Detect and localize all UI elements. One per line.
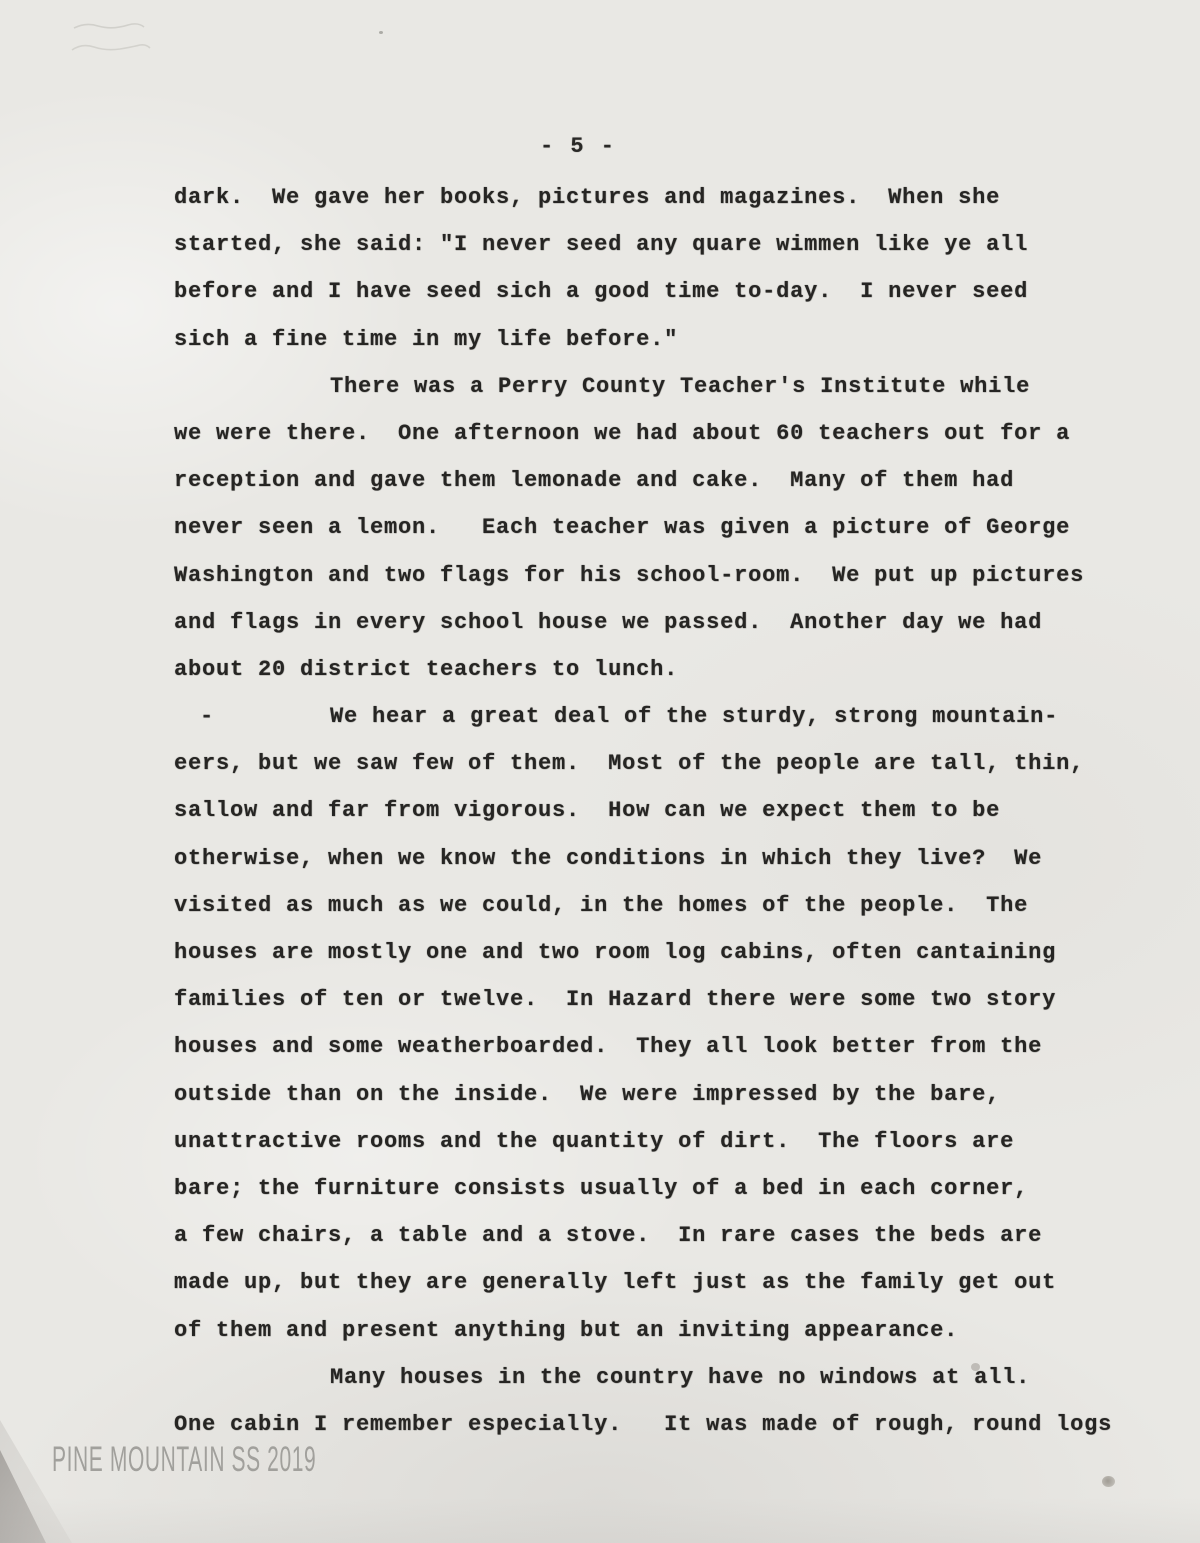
text-line: houses are mostly one and two room log c…: [174, 929, 1114, 976]
text-line: of them and present anything but an invi…: [174, 1307, 1114, 1354]
text-line: houses and some weatherboarded. They all…: [174, 1023, 1114, 1070]
typewritten-text-layer: - 5 - - dark. We gave her books, picture…: [0, 0, 1200, 1543]
text-line: visited as much as we could, in the home…: [174, 882, 1114, 929]
text-line: unattractive rooms and the quantity of d…: [174, 1118, 1114, 1165]
text-line: There was a Perry County Teacher's Insti…: [174, 363, 1114, 410]
text-line: before and I have seed sich a good time …: [174, 268, 1114, 315]
scanned-document-page: - 5 - - dark. We gave her books, picture…: [0, 0, 1200, 1543]
page-number: - 5 -: [540, 134, 616, 159]
watermark: PINE MOUNTAIN SS 2019: [52, 1440, 316, 1480]
text-line: sich a fine time in my life before.": [174, 316, 1114, 363]
paper-speck: [971, 1363, 980, 1371]
text-line: otherwise, when we know the conditions i…: [174, 835, 1114, 882]
text-line: and flags in every school house we passe…: [174, 599, 1114, 646]
text-line: about 20 district teachers to lunch.: [174, 646, 1114, 693]
text-line: sallow and far from vigorous. How can we…: [174, 787, 1114, 834]
text-line: we were there. One afternoon we had abou…: [174, 410, 1114, 457]
text-line: started, she said: "I never seed any qua…: [174, 221, 1114, 268]
text-line: Many houses in the country have no windo…: [174, 1354, 1114, 1401]
ink-smudge-dot: [1102, 1476, 1115, 1487]
text-line: reception and gave them lemonade and cak…: [174, 457, 1114, 504]
text-line: outside than on the inside. We were impr…: [174, 1071, 1114, 1118]
text-line: bare; the furniture consists usually of …: [174, 1165, 1114, 1212]
text-line: families of ten or twelve. In Hazard the…: [174, 976, 1114, 1023]
text-line: never seen a lemon. Each teacher was giv…: [174, 504, 1114, 551]
text-line: eers, but we saw few of them. Most of th…: [174, 740, 1114, 787]
text-line: We hear a great deal of the sturdy, stro…: [174, 693, 1114, 740]
text-lines: dark. We gave her books, pictures and ma…: [174, 174, 1114, 1448]
text-line: Washington and two flags for his school-…: [174, 552, 1114, 599]
text-line: dark. We gave her books, pictures and ma…: [174, 174, 1114, 221]
text-line: made up, but they are generally left jus…: [174, 1259, 1114, 1306]
text-line: a few chairs, a table and a stove. In ra…: [174, 1212, 1114, 1259]
